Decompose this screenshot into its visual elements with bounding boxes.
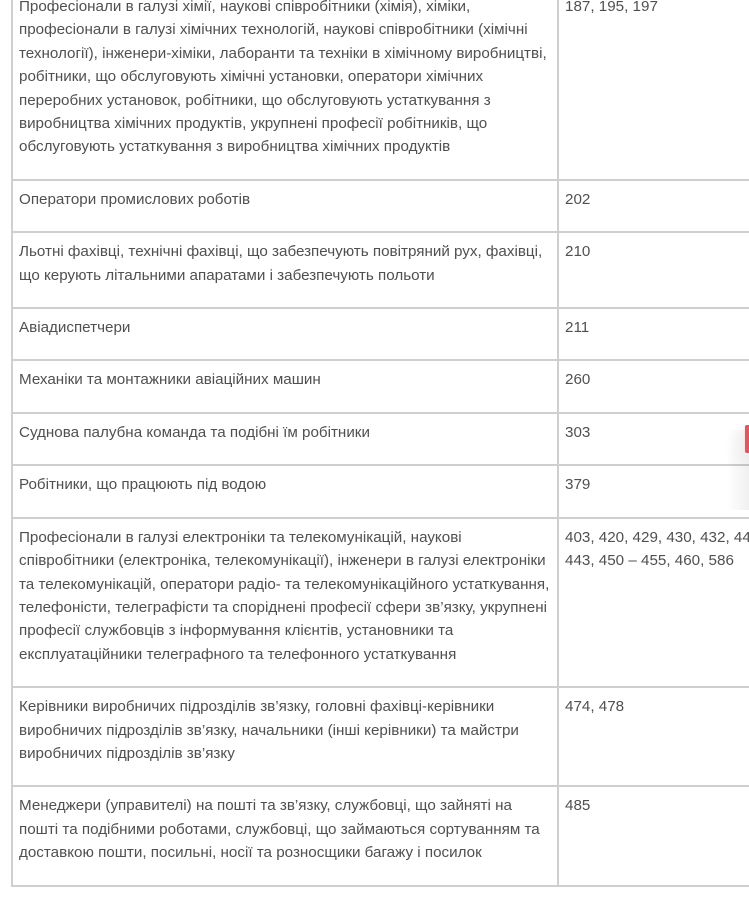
codes-cell: 474, 478	[558, 687, 749, 786]
table-row: Льотні фахівці, технічні фахівці, що заб…	[12, 232, 749, 308]
profession-cell: Оператори промислових роботів	[12, 180, 558, 232]
codes-cell: 187, 195, 197	[558, 0, 749, 180]
profession-cell: Суднова палубна команда та подібні їм ро…	[12, 413, 558, 465]
table-row: Менеджери (управителі) на пошті та зв’яз…	[12, 786, 749, 885]
codes-cell: 485	[558, 786, 749, 885]
profession-cell: Менеджери (управителі) на пошті та зв’яз…	[12, 786, 558, 885]
codes-cell: 303	[558, 413, 749, 465]
codes-cell: 202	[558, 180, 749, 232]
profession-cell: Робітники, що працюють під водою	[12, 465, 558, 517]
table-row: Механіки та монтажники авіаційних машин …	[12, 360, 749, 412]
professions-table-container: Професіонали в галузі хімії, наукові спі…	[11, 0, 749, 887]
profession-cell: Керівники виробничих підрозділів зв’язку…	[12, 687, 558, 786]
floating-side-tab[interactable]	[745, 425, 749, 453]
codes-cell: 379	[558, 465, 749, 517]
codes-cell: 210	[558, 232, 749, 308]
codes-cell: 403, 420, 429, 430, 432, 441, 443, 450 –…	[558, 518, 749, 687]
table-row: Професіонали в галузі електроніки та тел…	[12, 518, 749, 687]
codes-cell: 211	[558, 308, 749, 360]
codes-cell: 260	[558, 360, 749, 412]
table-row: Оператори промислових роботів 202	[12, 180, 749, 232]
table-row: Робітники, що працюють під водою 379	[12, 465, 749, 517]
profession-cell: Авіадиспетчери	[12, 308, 558, 360]
table-row: Суднова палубна команда та подібні їм ро…	[12, 413, 749, 465]
profession-cell: Льотні фахівці, технічні фахівці, що заб…	[12, 232, 558, 308]
professions-table: Професіонали в галузі хімії, наукові спі…	[11, 0, 749, 887]
profession-cell: Професіонали в галузі електроніки та тел…	[12, 518, 558, 687]
table-row: Авіадиспетчери 211	[12, 308, 749, 360]
profession-cell: Професіонали в галузі хімії, наукові спі…	[12, 0, 558, 180]
profession-cell: Механіки та монтажники авіаційних машин	[12, 360, 558, 412]
table-row: Професіонали в галузі хімії, наукові спі…	[12, 0, 749, 180]
table-row: Керівники виробничих підрозділів зв’язку…	[12, 687, 749, 786]
